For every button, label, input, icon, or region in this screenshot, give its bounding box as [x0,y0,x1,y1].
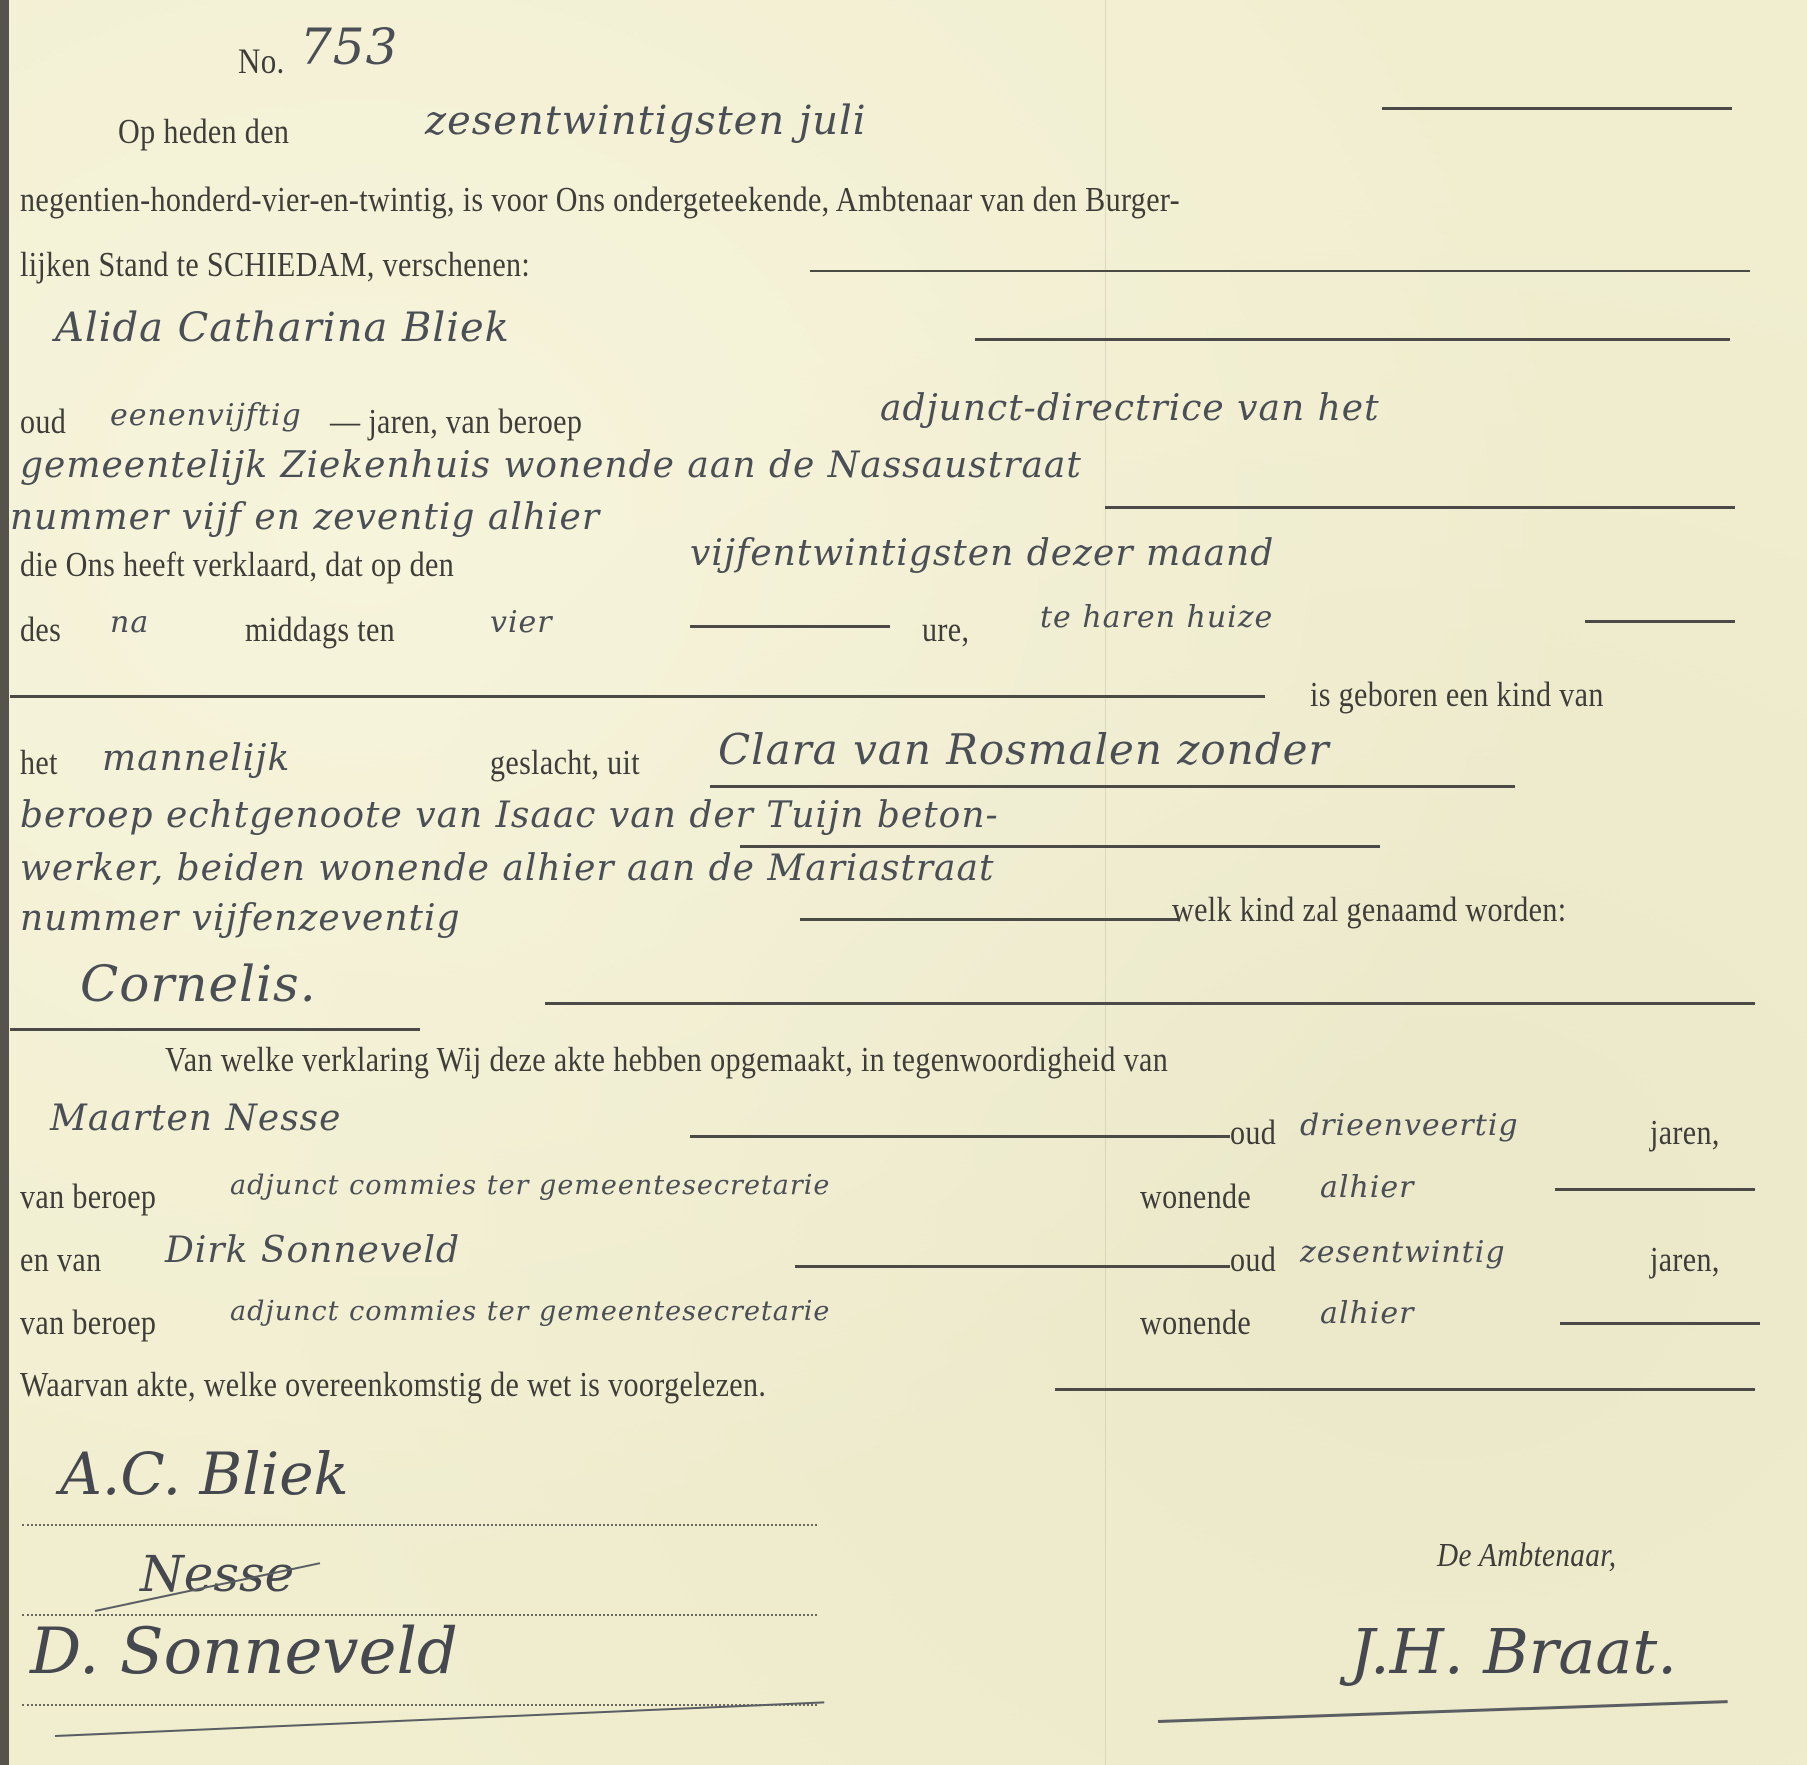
signature-declarant: A.C. Bliek [60,1440,349,1508]
parents-address-number: nummer vijfenzeventig [20,898,461,939]
paper-fold [1105,0,1106,1765]
line18-print-wonende: wonende [1140,1177,1251,1217]
line8-print: die Ons heeft verklaard, dat op den [20,545,454,585]
line11-print-geslacht: geslacht, uit [490,743,640,783]
line18-print-beroep: van beroep [20,1177,156,1217]
line19-print-jaren: jaren, [1650,1240,1720,1280]
witness1-name: Maarten Nesse [50,1098,341,1139]
witness2-occupation: adjunct commies ter gemeentesecretarie [230,1296,830,1327]
line17-print-oud: oud [1230,1113,1276,1153]
line17-print-jaren: jaren, [1650,1113,1720,1153]
line1-print: Op heden den [118,112,289,152]
fill-line [795,1265,1230,1268]
official-signature-underline [1158,1700,1728,1723]
line19-print-oud: oud [1230,1240,1276,1280]
fill-line [1560,1322,1760,1325]
witness1-residence: alhier [1320,1170,1415,1205]
number-value: 753 [300,18,398,76]
line11-print-het: het [20,743,58,783]
na-middag: na [110,605,149,640]
line20-print-wonende: wonende [1140,1303,1251,1343]
fill-line [10,1028,420,1031]
mother-name: Clara van Rosmalen zonder [718,725,1330,774]
birth-date: vijfentwintigsten dezer maand [690,533,1274,574]
date-of-registration: zesentwintigsten juli [425,98,867,144]
line14-print: welk kind zal genaamd worden: [1172,890,1566,930]
fill-line [545,1002,1755,1005]
signature-line [22,1704,817,1706]
father-occupation-address: werker, beiden wonende alhier aan de Mar… [20,848,994,889]
fill-line [710,785,1515,788]
fill-line [810,270,1750,272]
line20-print-beroep: van beroep [20,1303,156,1343]
child-name: Cornelis. [80,955,317,1013]
declarant-occupation: adjunct-directrice van het [880,388,1380,429]
number-label: No. [238,40,285,82]
signature-witness2: D. Sonneveld [30,1615,458,1689]
declarant-age: eenenvijftig [110,398,302,433]
fill-line [1585,620,1735,623]
line5-print-beroep: — jaren, van beroep [330,402,582,442]
fill-line [975,338,1730,341]
fill-line [1555,1188,1755,1191]
line5-print-oud: oud [20,402,66,442]
declarant-name: Alida Catharina Bliek [55,305,510,351]
line10-print: is geboren een kind van [1310,675,1604,715]
fill-line [1055,1388,1755,1391]
line2-print: negentien-honderd-vier-en-twintig, is vo… [20,180,1180,220]
witness2-name: Dirk Sonneveld [165,1230,460,1271]
line9-print-des: des [20,610,61,650]
fill-line [10,695,1265,698]
line16-print: Van welke verklaring Wij deze akte hebbe… [165,1040,1168,1080]
line3-print: lijken Stand te SCHIEDAM, verschenen: [20,245,530,285]
mother-occupation-father: beroep echtgenoote van Isaac van der Tui… [20,795,999,836]
signature-line [22,1524,817,1526]
fill-line [690,1135,1230,1138]
child-sex: mannelijk [102,738,290,779]
birth-place: te haren huize [1040,600,1273,635]
line19-print-envan: en van [20,1240,101,1280]
witness2-age: zesentwintig [1300,1235,1506,1270]
line21-print: Waarvan akte, welke overeenkomstig de we… [20,1365,766,1405]
fill-line [800,918,1180,921]
fill-line [690,625,890,628]
fill-line [1105,506,1735,509]
birth-hour: vier [490,605,553,640]
signature-underline [55,1701,824,1737]
signature-official: J.H. Braat. [1350,1615,1677,1688]
witness1-age: drieenveertig [1300,1108,1519,1143]
witness1-occupation: adjunct commies ter gemeentesecretarie [230,1170,830,1201]
line9-print-middags: middags ten [245,610,395,650]
left-margin-rule [0,0,9,1765]
birth-certificate-page: No. 753 Op heden den zesentwintigsten ju… [0,0,1807,1765]
witness2-residence: alhier [1320,1296,1415,1331]
official-title: De Ambtenaar, [1437,1537,1616,1575]
occupation-continued: gemeentelijk Ziekenhuis wonende aan de N… [20,445,1082,486]
line9-print-ure: ure, [922,610,969,650]
declarant-address: nummer vijf en zeventig alhier [10,497,600,538]
fill-line [1382,107,1732,110]
